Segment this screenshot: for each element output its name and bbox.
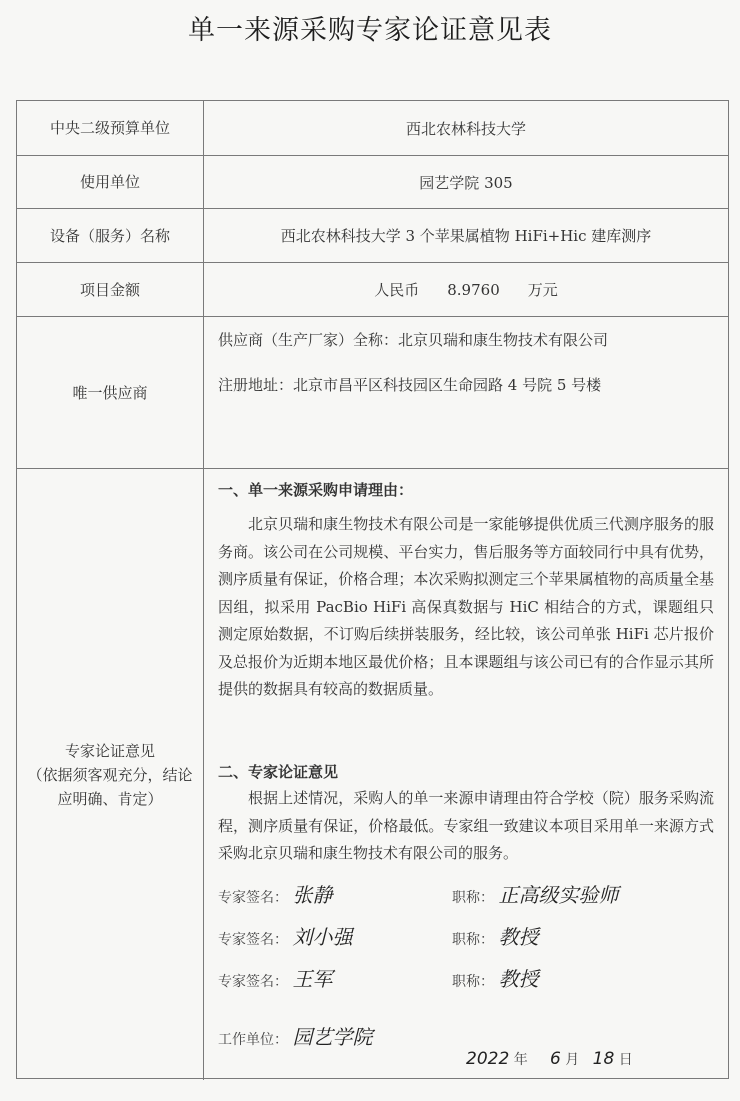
label-amount: 项目金额: [17, 263, 204, 316]
row-supplier: 唯一供应商 供应商（生产厂家）全称：北京贝瑞和康生物技术有限公司 注册地址：北京…: [17, 317, 728, 469]
date-year: 2022: [466, 1049, 509, 1069]
section2-text: 根据上述情况，采购人的单一来源申请理由符合学校（院）服务采购流程，测序质量有保证…: [218, 785, 714, 868]
opinion-label-note: （依据须客观充分，结论应明确、肯定）: [27, 763, 193, 811]
section1-text: 北京贝瑞和康生物技术有限公司是一家能够提供优质三代测序服务的服务商。该公司在公司…: [218, 511, 714, 704]
section2-title: 二、专家论证意见: [218, 761, 338, 782]
supplier-address: 注册地址：北京市昌平区科技园区生命园路 4 号院 5 号楼: [218, 374, 601, 395]
row-equipment: 设备（服务）名称 西北农林科技大学 3 个苹果属植物 HiFi+Hic 建库测序: [17, 209, 728, 263]
signature-row-3: 专家签名： 王军: [218, 963, 332, 992]
title-row-3: 职称： 教授: [452, 963, 538, 992]
label-supplier: 唯一供应商: [17, 317, 204, 468]
opinion-content: 一、单一来源采购申请理由： 北京贝瑞和康生物技术有限公司是一家能够提供优质三代测…: [204, 469, 728, 1080]
title-row-2: 职称： 教授: [452, 921, 538, 950]
expert-title: 正高级实验师: [498, 883, 618, 907]
value-user-unit: 园艺学院 305: [204, 156, 728, 208]
opinion-label-title: 专家论证意见: [65, 739, 155, 763]
supplier-name: 供应商（生产厂家）全称：北京贝瑞和康生物技术有限公司: [218, 329, 608, 350]
expert-signature: 张静: [292, 883, 332, 907]
expert-signature: 刘小强: [292, 925, 352, 949]
work-unit-row: 工作单位： 园艺学院: [218, 1021, 372, 1050]
label-opinion: 专家论证意见 （依据须客观充分，结论应明确、肯定）: [17, 469, 204, 1080]
signature-row-2: 专家签名： 刘小强: [218, 921, 352, 950]
date-row: 2022 年 6 月 18 日: [466, 1049, 633, 1069]
value-supplier: 供应商（生产厂家）全称：北京贝瑞和康生物技术有限公司 注册地址：北京市昌平区科技…: [204, 317, 728, 468]
expert-title: 教授: [498, 925, 538, 949]
date-day: 18: [593, 1049, 615, 1069]
value-amount: 人民币 8.9760 万元: [204, 263, 728, 316]
sign-label: 专家签名：: [218, 974, 288, 990]
row-amount: 项目金额 人民币 8.9760 万元: [17, 263, 728, 317]
date-day-label: 日: [619, 1052, 633, 1068]
form-table: 中央二级预算单位 西北农林科技大学 使用单位 园艺学院 305 设备（服务）名称…: [16, 100, 729, 1079]
row-budget-unit: 中央二级预算单位 西北农林科技大学: [17, 101, 728, 156]
label-equipment: 设备（服务）名称: [17, 209, 204, 262]
sign-label: 专家签名：: [218, 932, 288, 948]
document-title: 单一来源采购专家论证意见表: [0, 8, 740, 47]
date-year-label: 年: [514, 1052, 528, 1068]
expert-title: 教授: [498, 967, 538, 991]
value-equipment: 西北农林科技大学 3 个苹果属植物 HiFi+Hic 建库测序: [204, 209, 728, 262]
label-user-unit: 使用单位: [17, 156, 204, 208]
section1-title: 一、单一来源采购申请理由：: [218, 479, 413, 500]
value-budget-unit: 西北农林科技大学: [204, 101, 728, 155]
title-label: 职称：: [452, 974, 494, 990]
amount-unit: 万元: [528, 279, 558, 300]
work-unit-label: 工作单位：: [218, 1032, 288, 1048]
amount-currency: 人民币: [374, 279, 419, 300]
date-month: 6: [550, 1049, 561, 1069]
amount-value: 8.9760: [447, 281, 500, 299]
signature-row-1: 专家签名： 张静: [218, 879, 332, 908]
label-budget-unit: 中央二级预算单位: [17, 101, 204, 155]
title-row-1: 职称： 正高级实验师: [452, 879, 618, 908]
row-opinion: 专家论证意见 （依据须客观充分，结论应明确、肯定） 一、单一来源采购申请理由： …: [17, 469, 728, 1080]
expert-signature: 王军: [292, 967, 332, 991]
title-label: 职称：: [452, 890, 494, 906]
work-unit-value: 园艺学院: [292, 1025, 372, 1049]
date-month-label: 月: [565, 1052, 579, 1068]
title-label: 职称：: [452, 932, 494, 948]
row-user-unit: 使用单位 园艺学院 305: [17, 156, 728, 209]
sign-label: 专家签名：: [218, 890, 288, 906]
